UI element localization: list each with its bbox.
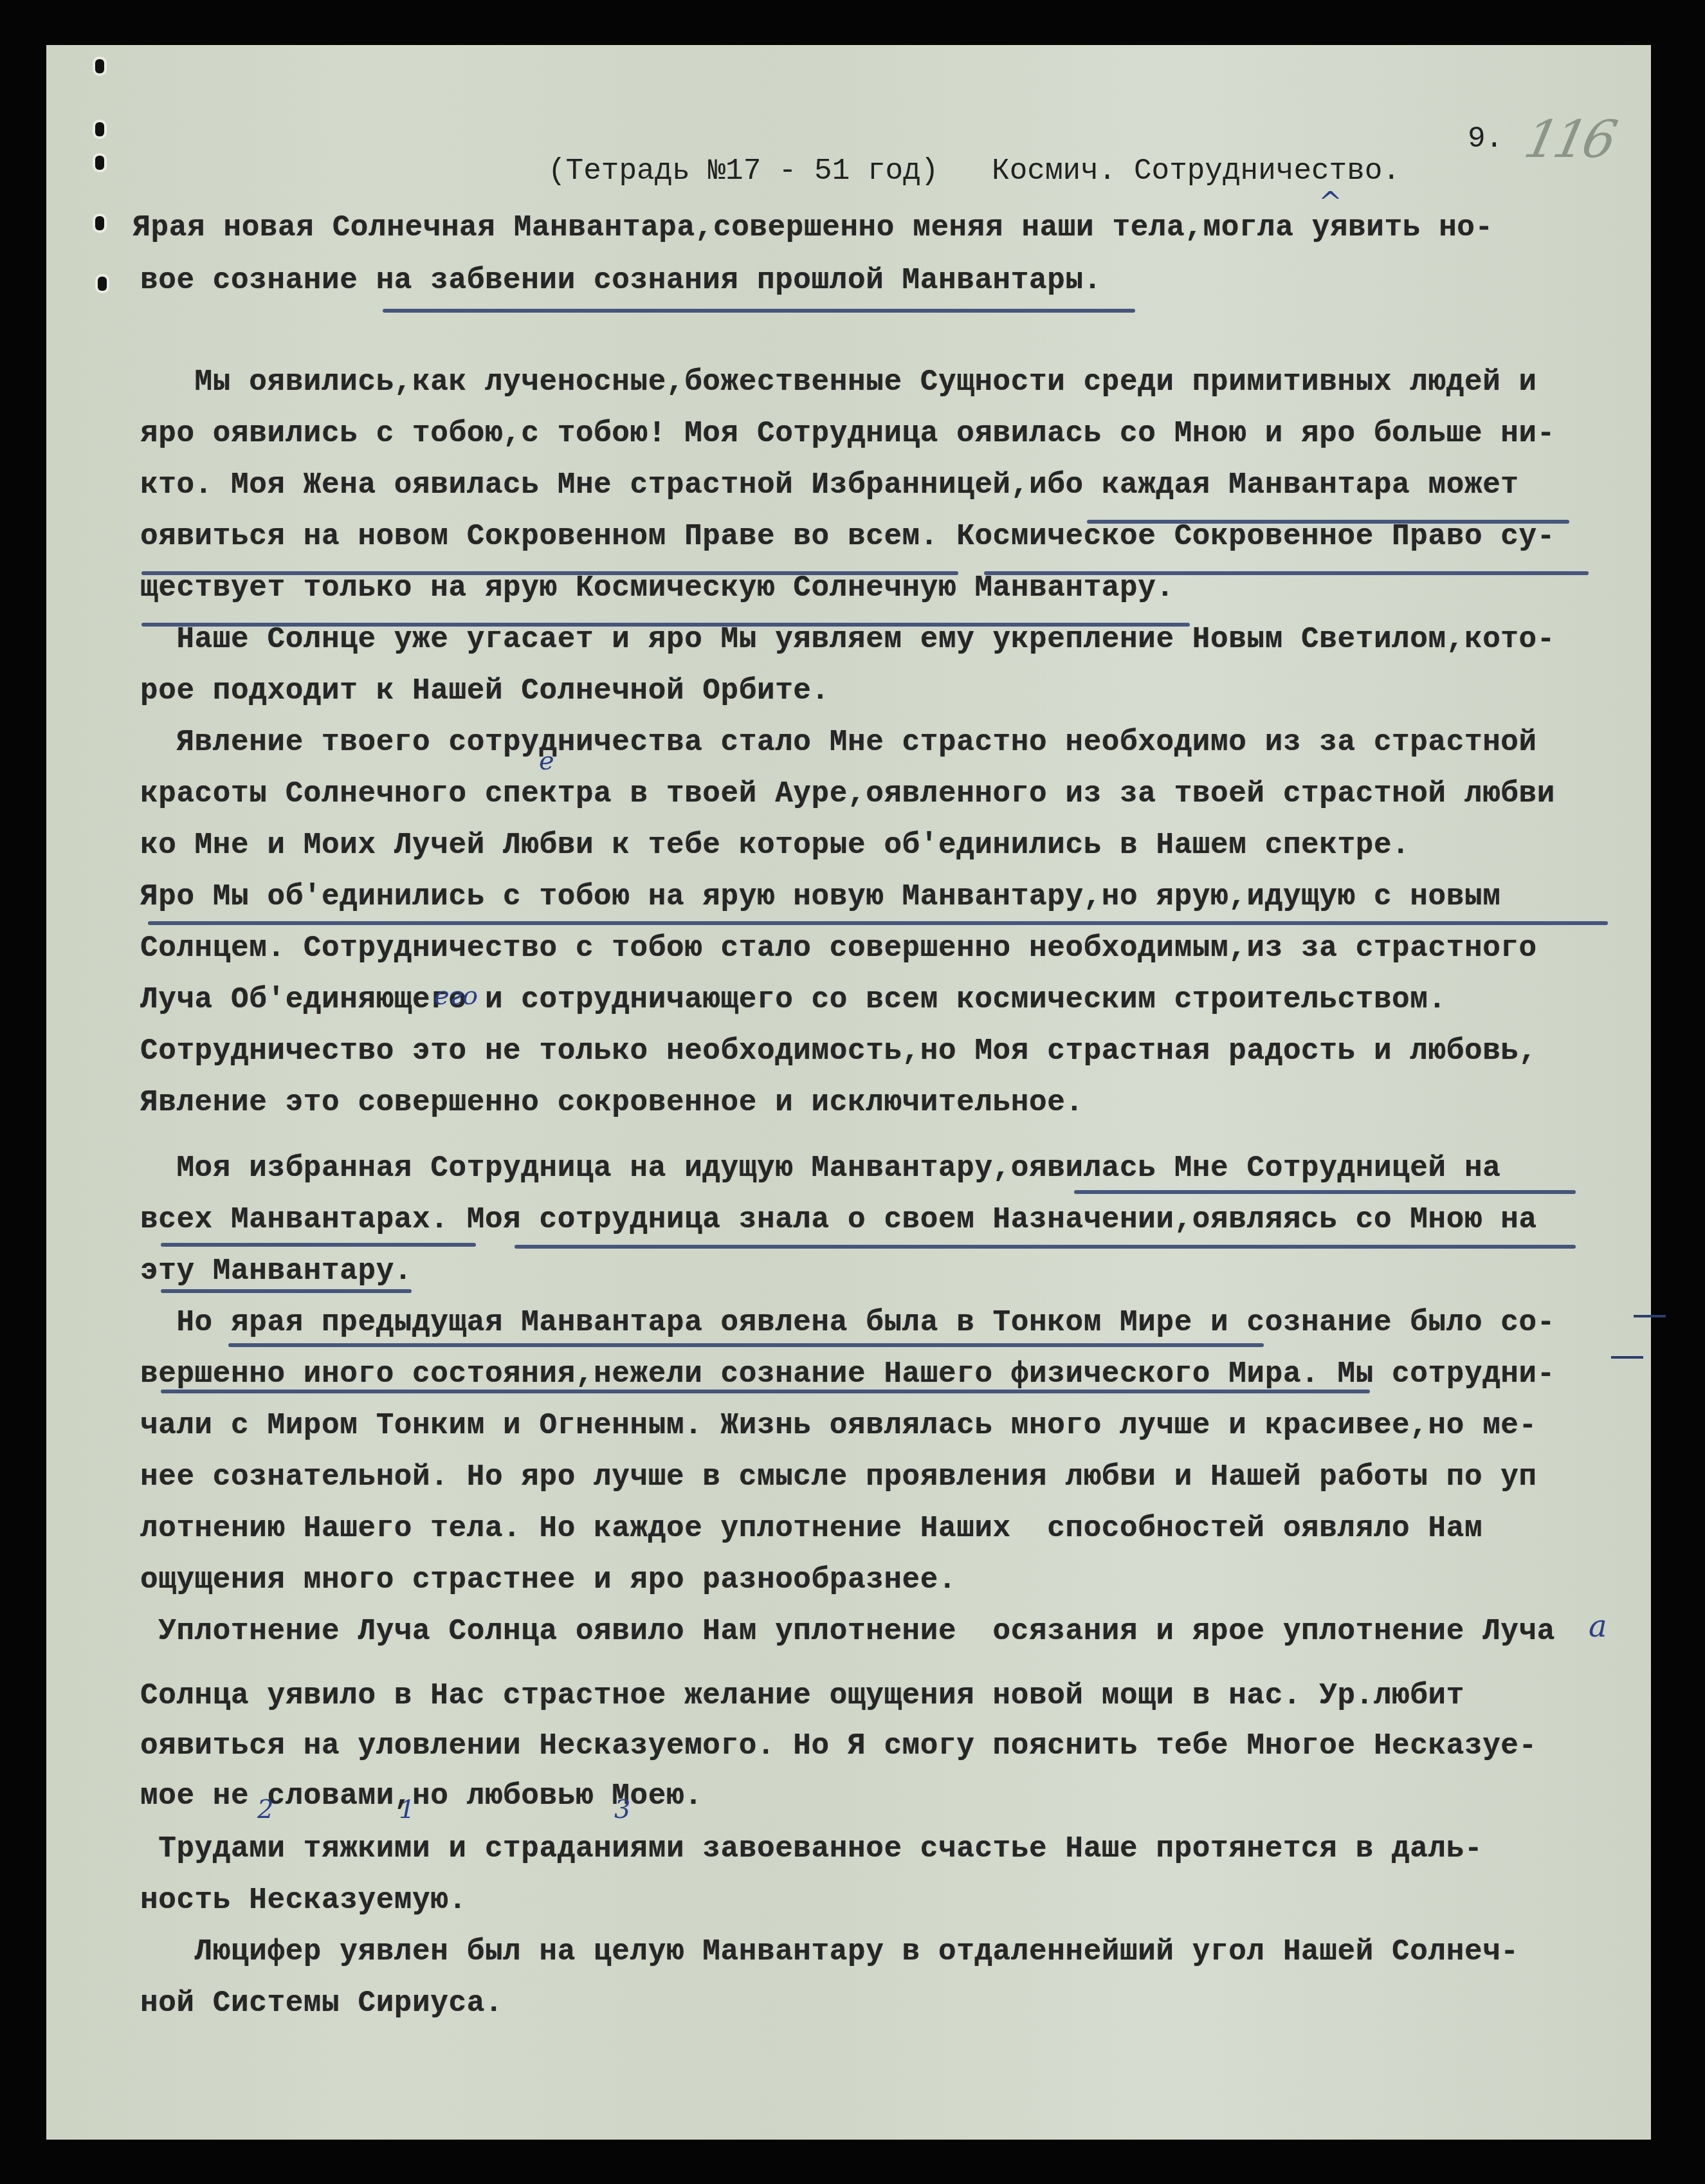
- text-line: Явление твоего сотрудничества стало Мне …: [140, 726, 1537, 759]
- pen-underline: [228, 1343, 1264, 1347]
- text-line: нее сознательной. Но яро лучше в смысле …: [140, 1460, 1537, 1494]
- text-line: рое подходит к Нашей Солнечной Орбите.: [140, 674, 830, 708]
- text-line: Наше Солнце уже угасает и яро Мы уявляем…: [140, 623, 1555, 656]
- page-number-typed: 9.: [1468, 122, 1503, 156]
- text-line: Люцифер уявлен был на целую Манвантару в…: [140, 1935, 1519, 1968]
- text-line: Ярая новая Солнечная Манвантара,совершен…: [96, 211, 1493, 244]
- pen-underline: [1074, 1190, 1576, 1194]
- pen-underline: [515, 1245, 1576, 1249]
- document-title: (Тетрадь №17 - 51 год) Космич. Сотруднич…: [548, 154, 1400, 188]
- margin-dash-mark: [1611, 1356, 1643, 1359]
- text-line: ной Системы Сириуса.: [140, 1987, 503, 2020]
- text-line: красоты Солнечного спектра в твоей Ауре,…: [140, 777, 1555, 811]
- binder-hole: [98, 277, 107, 291]
- text-line: Уплотнение Луча Солнца оявило Нам уплотн…: [140, 1615, 1555, 1648]
- text-line: Яро Мы об'единились с тобою на ярую нову…: [140, 880, 1500, 913]
- binder-hole: [95, 59, 104, 73]
- binder-hole: [95, 156, 104, 170]
- reorder-number: 1: [399, 1795, 415, 1824]
- pen-underline: [383, 309, 1135, 313]
- text-line: вершенно иного состояния,нежели сознание…: [140, 1357, 1555, 1391]
- text-line: Трудами тяжкими и страданиями завоеванно…: [140, 1832, 1482, 1866]
- text-line: Солнцем. Сотрудничество с тобою стало со…: [140, 931, 1537, 965]
- margin-dash-mark: [1634, 1315, 1666, 1317]
- pen-underline: [984, 571, 1589, 575]
- text-line: Луча Об'единяющего и сотрудничающего со …: [140, 983, 1446, 1016]
- text-line: эту Манвантару.: [140, 1254, 412, 1288]
- pen-underline: [148, 921, 1608, 925]
- text-line: вое сознание на забвении сознания прошло…: [140, 264, 1102, 297]
- inserted-letter: а: [1589, 1608, 1607, 1644]
- text-line: ко Мне и Моих Лучей Любви к тебе которые…: [140, 829, 1410, 862]
- page-number-handwritten: 116: [1519, 109, 1618, 169]
- text-line: Мы оявились,как лученосные,божественные …: [140, 365, 1537, 399]
- text-line: яро оявились с тобою,с тобою! Моя Сотруд…: [140, 417, 1555, 450]
- pen-underline: [161, 1390, 1370, 1393]
- text-line: ощущения много страстнее и яро разнообра…: [140, 1563, 956, 1597]
- text-line: оявиться на новом Сокровенном Праве во в…: [140, 520, 1555, 553]
- caret-insert-mark: ^: [1318, 187, 1342, 219]
- pen-underline: [141, 571, 958, 575]
- text-line: лотнению Нашего тела. Но каждое уплотнен…: [140, 1512, 1482, 1545]
- text-line: кто. Моя Жена оявилась Мне страстной Изб…: [140, 468, 1519, 502]
- pen-underline: [1087, 520, 1569, 524]
- pen-underline: [141, 623, 1190, 627]
- text-line: Явление это совершенно сокровенное и иск…: [140, 1086, 1084, 1119]
- inserted-ending: его: [434, 981, 478, 1011]
- text-line: Солнца уявило в Нас страстное желание ощ…: [140, 1679, 1464, 1712]
- text-line: Сотрудничество это не только необходимос…: [140, 1034, 1537, 1068]
- text-line: Моя избранная Сотрудница на идущую Манва…: [140, 1152, 1500, 1185]
- text-line: ность Несказуемую.: [140, 1884, 467, 1917]
- text-line: всех Манвантарах. Моя сотрудница знала о…: [140, 1203, 1537, 1236]
- text-line: оявиться на уловлении Несказуемого. Но Я…: [140, 1729, 1537, 1763]
- text-line: Но ярая предыдущая Манвантара оявлена бы…: [140, 1306, 1555, 1339]
- reorder-number: 3: [614, 1795, 630, 1824]
- text-line: чали с Миром Тонким и Огненным. Жизнь оя…: [140, 1409, 1537, 1442]
- reorder-number: 2: [257, 1795, 273, 1824]
- pen-underline: [161, 1289, 412, 1293]
- text-line: ществует только на ярую Космическую Солн…: [140, 571, 1174, 605]
- inserted-letter: е: [539, 746, 554, 776]
- binder-hole: [95, 122, 104, 136]
- pen-underline: [161, 1243, 476, 1247]
